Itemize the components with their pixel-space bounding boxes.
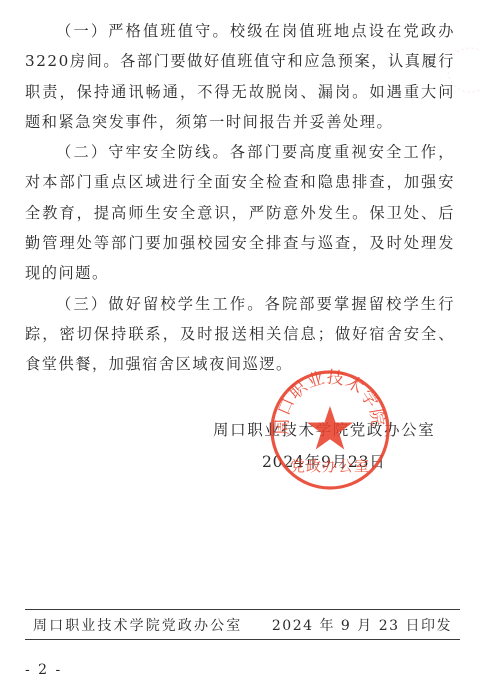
signature-organization: 周口职业技术学院党政办公室 (213, 415, 435, 445)
paragraph-resident-students: （三）做好留校学生工作。各院部要掌握留校学生行踪，密切保持联系，及时报送相关信息… (25, 289, 455, 380)
paragraph-safety-defense: （二）守牢安全防线。各部门要高度重视安全工作，对本部门重点区域进行全面安全检查和… (25, 137, 455, 288)
footer-issue-date: 2024 年 9 月 23 日印发 (272, 615, 452, 635)
paragraph-duty-on-call: （一）严格值班值守。校级在岗值班地点设在党政办3220房间。各部门要做好值班值守… (25, 16, 455, 137)
footer-issuer: 周口职业技术学院党政办公室 (33, 615, 242, 635)
document-body: （一）严格值班值守。校级在岗值班地点设在党政办3220房间。各部门要做好值班值守… (25, 16, 455, 380)
signature-date: 2024年9月23日 (262, 447, 386, 477)
issuance-footer: 周口职业技术学院党政办公室 2024 年 9 月 23 日印发 (25, 609, 460, 640)
page-number: - 2 - (25, 662, 62, 678)
